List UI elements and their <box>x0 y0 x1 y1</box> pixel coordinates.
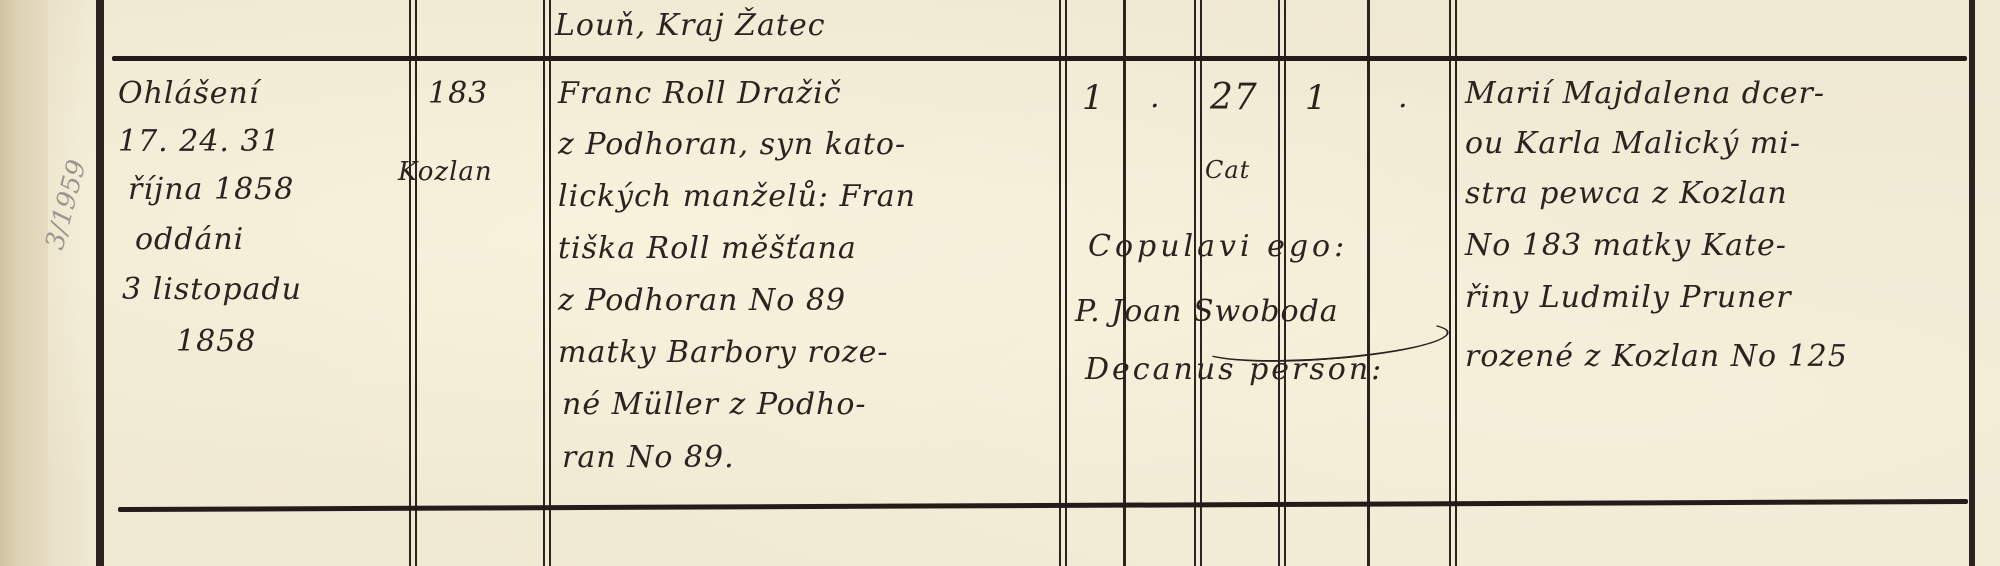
groom-line: z Podhoran, syn kato- <box>558 123 906 167</box>
groom-line: z Podhoran No 89 <box>558 279 846 323</box>
column-rule-left-border <box>96 0 104 566</box>
date-line: října 1858 <box>128 168 294 212</box>
column-rule-date-house <box>409 0 417 566</box>
column-rule-status-bride <box>1449 0 1457 566</box>
entry-bottom-rule <box>118 499 1968 512</box>
age-value: 27 <box>1210 76 1258 120</box>
religion-catholic-mark: 1 <box>1082 76 1105 120</box>
date-line: oddáni <box>135 218 244 262</box>
column-rule-house-groom <box>543 0 551 566</box>
column-rule-right-border <box>1969 0 1975 566</box>
groom-line: ran No 89. <box>562 436 735 480</box>
bride-line: stra pewca z Kozlan <box>1465 172 1788 216</box>
column-rule-age-status <box>1278 0 1286 566</box>
date-line: 17. 24. 31 <box>118 120 281 164</box>
groom-line: né Müller z Podho- <box>562 383 867 427</box>
bride-line: No 183 matky Kate- <box>1465 224 1787 268</box>
bride-line: rozené z Kozlan No 125 <box>1465 335 1848 379</box>
column-rule-status-split <box>1367 0 1370 566</box>
date-line: Ohlášení <box>118 72 259 116</box>
column-rule-groom-religion <box>1059 0 1067 566</box>
house-number: 183 <box>428 72 488 116</box>
date-line: 1858 <box>176 320 256 364</box>
bride-line: řiny Ludmily Pruner <box>1465 276 1792 320</box>
register-page: 3/1959 Louň, Kraj Žatec Ohlášení 17. 24.… <box>0 0 2000 566</box>
groom-line: Franc Roll Dražič <box>558 72 842 116</box>
officiant-line: Copulavi ego: <box>1088 225 1348 269</box>
groom-line: lických manželů: Fran <box>558 175 916 219</box>
entry-top-rule <box>112 56 1967 61</box>
house-place: Kozlan <box>398 150 493 194</box>
column-rule-religion-age <box>1194 0 1202 566</box>
column-rule-religion-split <box>1123 0 1126 566</box>
groom-line: matky Barbory roze- <box>558 331 889 375</box>
single-mark: 1 <box>1305 76 1328 120</box>
binding-gutter <box>0 0 48 566</box>
widowed-mark: . <box>1398 76 1409 120</box>
age-note: Cat <box>1205 148 1250 192</box>
groom-line: tiška Roll měšťana <box>558 227 857 271</box>
date-line: 3 listopadu <box>122 268 302 312</box>
bride-line: Marií Majdalena dcer- <box>1465 72 1825 116</box>
religion-other-mark: . <box>1150 76 1161 120</box>
bride-line: ou Karla Malický mi- <box>1465 122 1801 166</box>
previous-entry-fragment: Louň, Kraj Žatec <box>555 4 826 48</box>
